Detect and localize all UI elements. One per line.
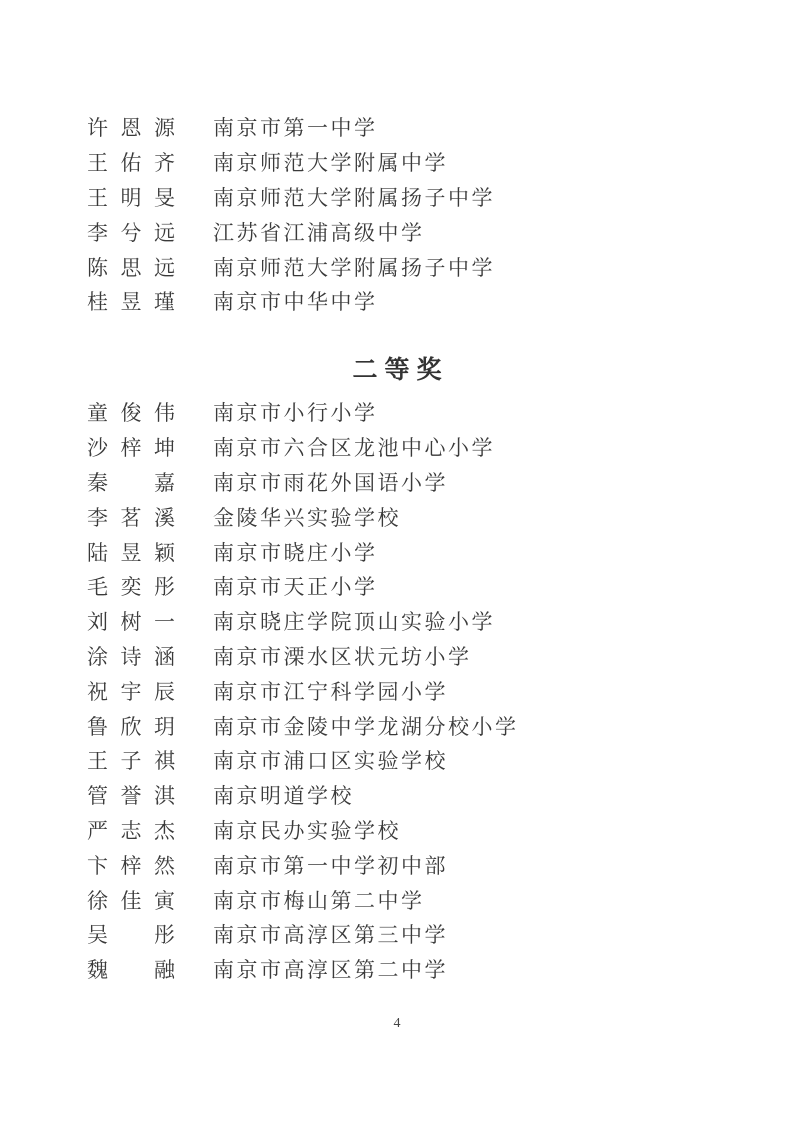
awardee-name: 祝宇辰: [87, 676, 175, 706]
award-entry-row: 秦 嘉 南京市雨花外国语小学: [87, 465, 519, 500]
award-entry-row: 沙梓坤 南京市六合区龙池中心小学: [87, 430, 519, 465]
awardee-school: 南京市雨花外国语小学: [213, 467, 448, 497]
awardee-school: 南京市六合区龙池中心小学: [213, 432, 495, 462]
awardee-school: 南京明道学校: [213, 780, 354, 810]
award-entry-row: 鲁欣玥 南京市金陵中学龙湖分校小学: [87, 708, 519, 743]
award-entry-row: 管誉淇 南京明道学校: [87, 778, 519, 813]
award-entry-row: 王子祺 南京市浦口区实验学校: [87, 743, 519, 778]
awardee-name: 桂昱瑾: [87, 286, 175, 316]
awardee-school: 南京师范大学附属扬子中学: [213, 252, 495, 282]
awardee-school: 南京市中华中学: [213, 286, 378, 316]
awardee-school: 江苏省江浦高级中学: [213, 217, 425, 247]
awardee-school: 南京师范大学附属中学: [213, 147, 448, 177]
awardee-school: 南京市浦口区实验学校: [213, 745, 448, 775]
awardee-name: 王明旻: [87, 182, 175, 212]
awardee-name: 鲁欣玥: [87, 711, 175, 741]
awardee-school: 南京民办实验学校: [213, 815, 401, 845]
award-entry-row: 卞梓然 南京市第一中学初中部: [87, 847, 519, 882]
awardee-name: 卞梓然: [87, 850, 175, 880]
awardee-name: 许恩源: [87, 112, 175, 142]
award-entry-row: 涂诗涵 南京市溧水区状元坊小学: [87, 639, 519, 674]
awardee-name: 管誉淇: [87, 780, 175, 810]
award-entry-row: 王佑齐 南京师范大学附属中学: [87, 145, 495, 180]
awardee-name: 童俊伟: [87, 397, 175, 427]
awardee-name: 刘树一: [87, 606, 175, 636]
awardee-school: 南京市天正小学: [213, 571, 378, 601]
awardee-school: 南京市小行小学: [213, 397, 378, 427]
awardee-name: 严志杰: [87, 815, 175, 845]
awardee-name: 陆昱颖: [87, 537, 175, 567]
first-prize-continued-list: 许恩源 南京市第一中学 王佑齐 南京师范大学附属中学 王明旻 南京师范大学附属扬…: [87, 110, 495, 319]
awardee-school: 金陵华兴实验学校: [213, 502, 401, 532]
awardee-name: 徐佳寅: [87, 885, 175, 915]
page-number: 4: [0, 1016, 794, 1032]
awardee-name: 魏 融: [87, 954, 175, 984]
award-entry-row: 许恩源 南京市第一中学: [87, 110, 495, 145]
awardee-school: 南京市梅山第二中学: [213, 885, 425, 915]
awardee-school: 南京市江宁科学园小学: [213, 676, 448, 706]
awardee-name: 毛奕彤: [87, 571, 175, 601]
awardee-name: 沙梓坤: [87, 432, 175, 462]
awardee-school: 南京市晓庄小学: [213, 537, 378, 567]
awardee-school: 南京市高淳区第三中学: [213, 919, 448, 949]
award-entry-row: 严志杰 南京民办实验学校: [87, 813, 519, 848]
award-entry-row: 李兮远 江苏省江浦高级中学: [87, 214, 495, 249]
awardee-name: 李茗溪: [87, 502, 175, 532]
awardee-name: 李兮远: [87, 217, 175, 247]
award-entry-row: 吴 彤 南京市高淳区第三中学: [87, 917, 519, 952]
awardee-name: 陈思远: [87, 252, 175, 282]
section-heading-second-prize: 二等奖: [0, 354, 794, 386]
awardee-school: 南京市溧水区状元坊小学: [213, 641, 472, 671]
award-entry-row: 祝宇辰 南京市江宁科学园小学: [87, 673, 519, 708]
award-entry-row: 毛奕彤 南京市天正小学: [87, 569, 519, 604]
awardee-school: 南京市第一中学初中部: [213, 850, 448, 880]
award-entry-row: 魏 融 南京市高淳区第二中学: [87, 952, 519, 987]
awardee-school: 南京市第一中学: [213, 112, 378, 142]
award-entry-row: 童俊伟 南京市小行小学: [87, 395, 519, 430]
second-prize-list: 童俊伟 南京市小行小学 沙梓坤 南京市六合区龙池中心小学 秦 嘉 南京市雨花外国…: [87, 395, 519, 987]
award-entry-row: 陈思远 南京师范大学附属扬子中学: [87, 249, 495, 284]
awardee-name: 王佑齐: [87, 147, 175, 177]
document-page: 许恩源 南京市第一中学 王佑齐 南京师范大学附属中学 王明旻 南京师范大学附属扬…: [0, 0, 794, 1123]
award-entry-row: 徐佳寅 南京市梅山第二中学: [87, 882, 519, 917]
award-entry-row: 刘树一 南京晓庄学院顶山实验小学: [87, 604, 519, 639]
awardee-school: 南京晓庄学院顶山实验小学: [213, 606, 495, 636]
awardee-name: 涂诗涵: [87, 641, 175, 671]
awardee-name: 吴 彤: [87, 919, 175, 949]
awardee-name: 王子祺: [87, 745, 175, 775]
award-entry-row: 李茗溪 金陵华兴实验学校: [87, 499, 519, 534]
awardee-school: 南京市高淳区第二中学: [213, 954, 448, 984]
awardee-school: 南京师范大学附属扬子中学: [213, 182, 495, 212]
awardee-school: 南京市金陵中学龙湖分校小学: [213, 711, 519, 741]
award-entry-row: 桂昱瑾 南京市中华中学: [87, 284, 495, 319]
award-entry-row: 陆昱颖 南京市晓庄小学: [87, 534, 519, 569]
awardee-name: 秦 嘉: [87, 467, 175, 497]
award-entry-row: 王明旻 南京师范大学附属扬子中学: [87, 180, 495, 215]
